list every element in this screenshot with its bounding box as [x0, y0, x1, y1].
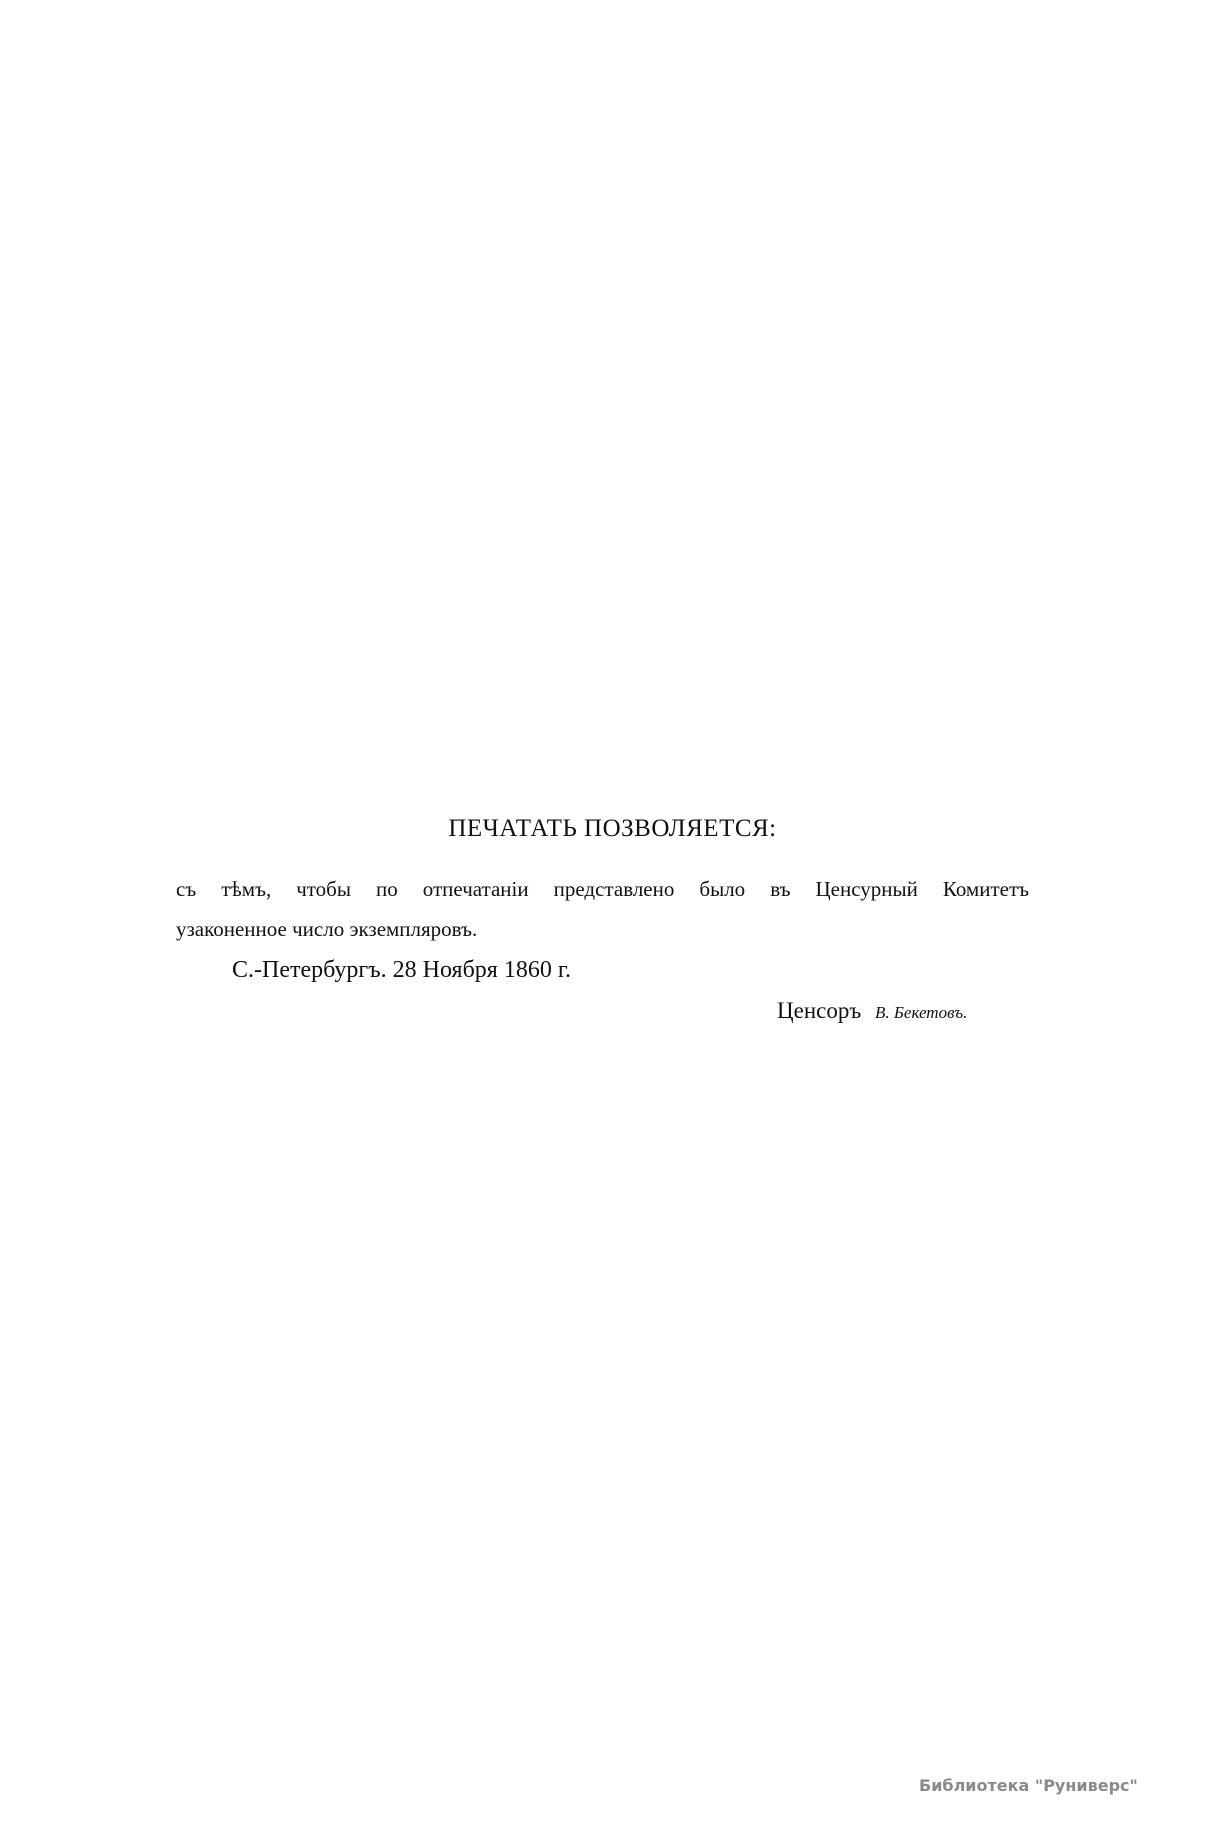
- library-watermark: Библиотека "Руниверс": [919, 1776, 1138, 1795]
- place-date-line: С.-Петербургъ. 28 Ноября 1860 г.: [232, 957, 571, 984]
- page-heading: ПЕЧАТАТЬ ПОЗВОЛЯЕТСЯ:: [0, 815, 1205, 843]
- censor-title: Ценсоръ: [777, 998, 861, 1023]
- censor-name: В. Бекетовъ.: [875, 1003, 967, 1022]
- permission-text-line-2: узаконенное число экземпляровъ.: [176, 917, 477, 942]
- censor-signature: Ценсоръ В. Бекетовъ.: [777, 998, 967, 1024]
- permission-text-line-1: съ тѣмъ, чтобы по отпечатаніи представле…: [176, 877, 1029, 902]
- document-page: ПЕЧАТАТЬ ПОЗВОЛЯЕТСЯ: съ тѣмъ, чтобы по …: [0, 0, 1205, 1843]
